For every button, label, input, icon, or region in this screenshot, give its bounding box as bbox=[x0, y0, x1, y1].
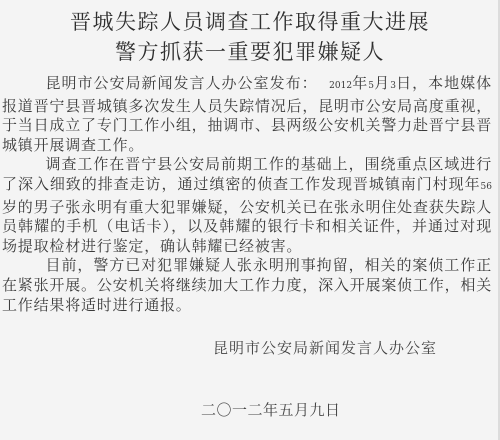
article-body: 昆明市公安局新闻发言人办公室发布： 2012年5月3日，本地媒体报道晋宁县晋城镇… bbox=[2, 74, 492, 315]
year-char: 年 bbox=[352, 74, 368, 92]
headline-line-2: 警方抓获一重要犯罪嫌疑人 bbox=[0, 38, 500, 67]
paragraph-1-lead: 昆明市公安局新闻发言人办公室发布： bbox=[46, 74, 318, 92]
headline-line-1: 晋城失踪人员调查工作取得重大进展 bbox=[0, 8, 500, 37]
year-number: 2012 bbox=[329, 81, 352, 91]
paragraph-2-part1: 调查工作在晋宁县公安局前期工作的基础上，围绕重点区域进行了深入细致的排查走访，通… bbox=[2, 155, 492, 193]
age-number: 56 bbox=[481, 182, 492, 192]
signature: 昆明市公安局新闻发言人办公室 bbox=[213, 337, 437, 358]
paragraph-2: 调查工作在晋宁县公安局前期工作的基础上，围绕重点区域进行了深入细致的排查走访，通… bbox=[2, 155, 492, 256]
paragraph-1: 昆明市公安局新闻发言人办公室发布： 2012年5月3日，本地媒体报道晋宁县晋城镇… bbox=[2, 74, 492, 155]
paragraph-2-part2: 岁的男子张永明有重大犯罪嫌疑，公安机关已在张永明住处查获失踪人员韩耀的手机（电话… bbox=[2, 198, 492, 255]
issue-date: 二〇一二年五月九日 bbox=[201, 399, 341, 420]
paragraph-3: 目前，警方已对犯罪嫌疑人张永明刑事拘留，相关的案侦工作正在紧张开展。公安机关将继… bbox=[2, 256, 492, 315]
month-char: 月 bbox=[374, 74, 390, 92]
